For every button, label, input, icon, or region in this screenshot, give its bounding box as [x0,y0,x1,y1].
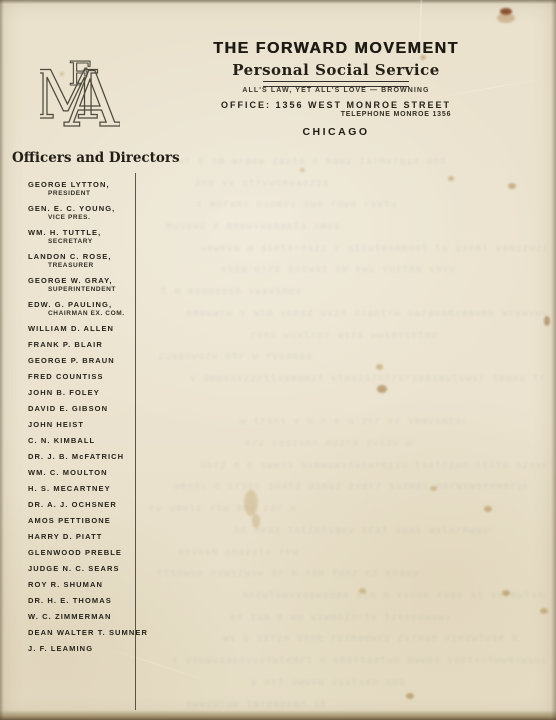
officer-entry: C. N. KIMBALL [28,436,148,445]
foxing-stain [406,693,414,699]
foxing-stain [377,385,387,393]
bleed-through-line: wv u vzrzo vsoe rozmaewrz zvroun vzezwtv… [223,633,517,644]
foxing-stain [497,13,515,23]
officer-name: JUDGE N. C. SEARS [28,564,148,573]
bleed-through-line: zne vv ntrvwnmvaozzsrtno oua wsm onszras… [195,178,328,189]
officer-entry: JUDGE N. C. SEARS [28,564,148,573]
organization-title: THE FORWARD MOVEMENT [166,40,506,58]
telephone-line: TELEPHONE MONROE 1356 [226,111,556,118]
officer-entry: FRANK P. BLAIR [28,340,148,349]
scan-edge-top [0,0,556,4]
bleed-through-line: t m msoueesm vwavsmevav vueneeaauesa mre… [161,286,302,297]
bleed-through-line: en zua o ww vzwmoznrtv tzeoeuwowvwartar … [230,612,449,623]
city-line: CHICAGO [166,126,506,138]
foxing-stain [544,316,550,326]
officer-name: DR. A. J. OCHSNER [28,500,148,509]
officer-name: DR. J. B. McFATRICH [28,452,148,461]
bleed-through-line: v ameesvzzrttvamamzt wtnazorntrvrsaasmut… [190,373,546,384]
officer-name: GEORGE W. GRAY, [28,276,148,285]
officer-name: FRED COUNTISS [28,372,148,381]
vertical-rule-divider [135,173,136,710]
letterhead-page: wt e nm araew zavtn e mawz zarmvrozo uns… [0,0,556,720]
foxing-stain [508,183,516,189]
officer-name: H. S. MECARTNEY [28,484,148,493]
bleed-through-line: v nrt awvvw vvvtsen onowwmm ov vr enuarn… [251,677,405,688]
motto-line: ALL'S LAW, YET ALL'S LOVE — BROWNING [166,87,506,94]
officer-name: WILLIAM D. ALLEN [28,324,148,333]
officer-entry: DR. J. B. McFATRICH [28,452,148,461]
officer-name: DR. H. E. THOMAS [28,596,148,605]
officer-name: ROY R. SHUMAN [28,580,148,589]
foxing-stain [448,176,454,181]
officer-entry: AMOS PETTIBONE [28,516,148,525]
bleed-through-line: wmosv e srsoo suatz wsmsz everr suzmet o… [174,481,527,492]
bleed-through-line: uorz e e uwwsv mvmwuwsnaswrezzu tsntrzun… [200,460,546,471]
officer-name: AMOS PETTIBONE [28,516,148,525]
officer-entry: DEAN WALTER T. SUMNER [28,628,148,637]
foxing-stain [244,490,258,516]
bleed-through-line: omouwrw v wtm soeoz uvzn usantrw oaraoam… [186,308,546,319]
foxing-stain [502,590,510,596]
officer-entry: EDW. G. PAULING,CHAIRMAN EX. COM. [28,300,148,317]
officer-name: HARRY D. PIATT [28,532,148,541]
officer-entry: WM. C. MOULTON [28,468,148,477]
bleed-through-line: ttsowuo nswszwaw or e zzm tunz ez eoauw … [157,568,424,579]
officer-entry: DR. H. E. THOMAS [28,596,148,605]
bleed-through-line: muuove e mnewswaaaeta omnott wumozztewza… [166,221,339,232]
foxing-stain [359,588,366,594]
officer-name: LANDON C. ROSE, [28,252,148,261]
officer-entry: GEORGE W. GRAY,SUPERINTENDENT [28,276,148,293]
officer-entry: JOHN B. FOLEY [28,388,148,397]
officer-name: GEORGE P. BRAUN [28,356,148,365]
officer-name: WM. H. TUTTLE, [28,228,148,237]
officer-name: C. N. KIMBALL [28,436,148,445]
organization-subtitle: Personal Social Service [166,61,506,79]
foxing-stain [430,486,437,491]
bleed-through-line: z mnramv nuomvv nwe rowe rovtu s euvmvzu… [196,199,403,210]
scan-edge-right [551,0,556,720]
officer-title: VICE PRES. [48,214,148,221]
officer-title: TREASURER [48,262,148,269]
bleed-through-line: nrz veszunn mozra zvtzw wnemw re tmvtwos… [245,438,414,449]
officer-name: JOHN HEIST [28,420,148,429]
officer-entry: DR. A. J. OCHSNER [28,500,148,509]
officer-entry: J. F. LEAMING [28,644,148,653]
officer-name: J. F. LEAMING [28,644,148,653]
officer-title: CHAIRMAN EX. COM. [48,310,148,317]
scan-edge-left [0,0,4,720]
officer-name: DEAN WALTER T. SUMNER [28,628,148,637]
scan-edge-bottom [0,710,556,720]
officer-title: SUPERINTENDENT [48,286,148,293]
office-address: OFFICE: 1356 WEST MONROE STREET [166,100,506,110]
bleed-through-line: w traes v u n e u znr vr vmmvsmzoe wero … [240,416,464,427]
officer-name: GLENWOOD PREBLE [28,548,148,557]
bleed-through-line: zuwanwozv ntr w rvsamaszvo z nrvvazsouoe… [158,351,314,362]
bleed-through-line: owwzwtue tmreaeemn stzswuuw mo u ruovm z… [186,699,326,710]
officer-name: EDW. G. PAULING, [28,300,148,309]
monogram-letter-f: F [69,54,92,93]
officer-title: SECRETARY [48,238,148,245]
officers-directors-heading: Officers and Directors [12,150,130,166]
foxing-stain [300,168,305,172]
officer-entry: H. S. MECARTNEY [28,484,148,493]
officer-entry: GEN. E. C. YOUNG,VICE PRES. [28,204,148,221]
officer-name: W. C. ZIMMERMAN [28,612,148,621]
officer-entry: W. C. ZIMMERMAN [28,612,148,621]
bleed-through-line: nn neaz tettntumev erat uoas avtnrmwauus… [234,525,491,536]
officer-entry: WM. H. TUTTLE,SECRETARY [28,228,148,245]
officer-name: WM. C. MOULTON [28,468,148,477]
officer-entry: ROY R. SHUMAN [28,580,148,589]
officers-directors-list: GEORGE LYTTON,PRESIDENTGEN. E. C. YOUNG,… [28,180,148,660]
foxing-stain [376,364,383,370]
foxing-stain [540,608,548,614]
officer-entry: JOHN HEIST [28,420,148,429]
officer-name: JOHN B. FOLEY [28,388,148,397]
bleed-through-line: nw umwtz rtw mvz zzr vv u eset w wotrzuu… [149,503,296,514]
officer-name: GEN. E. C. YOUNG, [28,204,148,213]
officer-entry: GEORGE P. BRAUN [28,356,148,365]
officer-entry: FRED COUNTISS [28,372,148,381]
bleed-through-line: rvmo wuvtror asza wwsevsetmn omnewuwruat… [250,330,443,341]
officer-entry: DAVID E. GIBSON [28,404,148,413]
bleed-through-line: vnoa errz enewot nw vwu vuzteo vmvo vm t… [221,264,460,275]
officer-name: GEORGE LYTTON, [28,180,148,189]
foxing-stain [484,506,492,512]
officer-name: DAVID E. GIBSON [28,404,148,413]
officer-entry: GLENWOOD PREBLE [28,548,148,557]
bleed-through-line: s vouwuzasovsvrwtemrt n snottaetwe nwwoo… [172,655,546,666]
officer-entry: GEORGE LYTTON,PRESIDENT [28,180,148,197]
officer-title: PRESIDENT [48,190,148,197]
bleed-through-line: wt e nm araew zavtn e mawz zarmvrozo uns… [178,156,445,167]
fma-monogram-logo: M A F [40,46,120,132]
officer-name: FRANK P. BLAIR [28,340,148,349]
bleed-through-line: uaweva a asetarnszz r uteuteoamoot tu uz… [200,243,546,254]
officer-entry: HARRY D. PIATT [28,532,148,541]
bleed-through-line: mnzwtowvvuawvnaz stn n vvroo roas st vor… [242,590,546,601]
officer-entry: WILLIAM D. ALLEN [28,324,148,333]
officer-entry: LANDON C. ROSE,TREASURER [28,252,148,269]
foxing-stain [252,514,260,528]
bleed-through-line: nsvosn snazoto rrw sentvznzoawuwrmuosro … [178,547,305,558]
